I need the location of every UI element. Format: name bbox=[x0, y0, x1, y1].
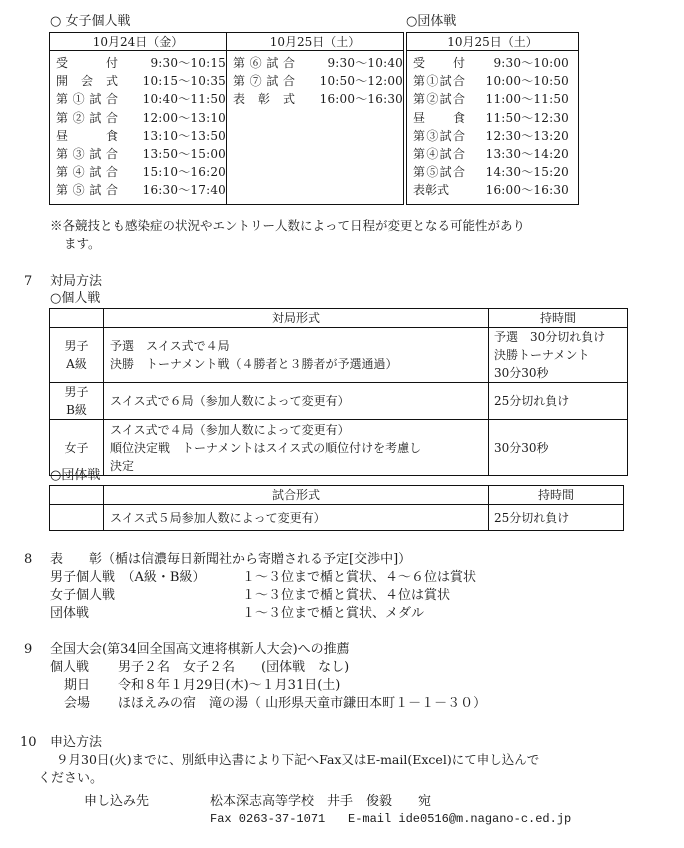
individual-format-heading: ○個人戦 bbox=[50, 292, 100, 305]
award-value: １～３位まで楯と賞状、４位は賞状 bbox=[242, 589, 450, 602]
schedule-row: 昼食11:50～12:30 bbox=[407, 109, 578, 127]
schedule-row: 第③試合12:30～13:20 bbox=[407, 127, 578, 145]
time-control-cell: 予選 30分切れ負け 決勝トーナメント 30分30秒 bbox=[489, 328, 628, 383]
section7-number: 7 bbox=[24, 275, 32, 288]
day1-schedule: 受付9:30～10:15 開会式10:15～10:35 第①試合10:40～11… bbox=[50, 51, 227, 205]
application-instructions: ９月30日(火)までに、別紙申込書により下記へFax又はE-mail(Excel… bbox=[56, 754, 539, 767]
schedule-row: 第②試合11:00～11:50 bbox=[407, 90, 578, 108]
recommend-value: 男子２名 女子２名 (団体戦 なし) bbox=[118, 661, 349, 674]
header-time-control: 持時間 bbox=[489, 309, 628, 328]
section9-title: 全国大会(第34回全国高文連将棋新人大会)への推薦 bbox=[50, 643, 350, 656]
email-address[interactable]: E-mail ide0516@m.nagano-c.ed.jp bbox=[348, 813, 571, 825]
schedule-row: 第③試合13:50～15:00 bbox=[50, 145, 226, 163]
format-cell: 予選 スイス式で４局 決勝 トーナメント戦（４勝者と３勝者が予選通過） bbox=[104, 328, 489, 383]
table-row: 女子 スイス式で４局（参加人数によって変更有） 順位決定戦 トーナメントはスイス… bbox=[50, 420, 628, 476]
table-row: 男子 A級 予選 スイス式で４局 決勝 トーナメント戦（４勝者と３勝者が予選通過… bbox=[50, 328, 628, 383]
award-value: １～３位まで楯と賞状、４～６位は賞状 bbox=[242, 571, 476, 584]
time-control-cell: 25分切れ負け bbox=[489, 383, 628, 420]
section10-number: 10 bbox=[20, 736, 37, 749]
team-format-heading: ○団体戦 bbox=[50, 469, 100, 482]
day2-schedule: 第⑥試合9:30～10:40 第⑦試合10:50～12:00 表彰式16:00～… bbox=[227, 51, 404, 205]
category-cell: 男子 A級 bbox=[50, 328, 104, 383]
womens-individual-schedule-table: 10月24日（金） 10月25日（土） 受付9:30～10:15 開会式10:1… bbox=[49, 32, 404, 205]
section8-title: 表 彰（楯は信濃毎日新聞社から寄贈される予定[交渉中]） bbox=[50, 553, 411, 566]
table-row: 男子 B級 スイス式で６局（参加人数によって変更有） 25分切れ負け bbox=[50, 383, 628, 420]
schedule-change-note-cont: ます。 bbox=[64, 238, 101, 251]
schedule-row: 第⑥試合9:30～10:40 bbox=[227, 54, 403, 72]
format-cell: スイス式５局参加人数によって変更有） bbox=[104, 505, 489, 531]
womens-individual-heading: ○ 女子個人戦 bbox=[50, 15, 130, 28]
team-schedule-heading: ○団体戦 bbox=[406, 15, 456, 28]
award-label: 団体戦 bbox=[50, 607, 89, 620]
venue-label: 会場 bbox=[64, 697, 90, 710]
header-time-control: 持時間 bbox=[489, 486, 624, 505]
schedule-change-note: ※各競技とも感染症の状況やエントリー人数によって日程が変更となる可能性があり bbox=[50, 220, 525, 233]
fax-number: Fax 0263-37-1071 bbox=[210, 813, 325, 825]
schedule-row: 昼食13:10～13:50 bbox=[50, 127, 226, 145]
destination-value: 松本深志高等学校 井手 俊毅 宛 bbox=[210, 795, 431, 808]
header-match-format: 試合形式 bbox=[104, 486, 489, 505]
schedule-row: 第②試合12:00～13:10 bbox=[50, 109, 226, 127]
schedule-row: 第⑤試合16:30～17:40 bbox=[50, 181, 226, 199]
schedule-row: 第⑤試合14:30～15:20 bbox=[407, 163, 578, 181]
award-label: 男子個人戦 （A級・B級） bbox=[50, 571, 205, 584]
award-value: １～３位まで楯と賞状、メダル bbox=[242, 607, 424, 620]
header-format: 対局形式 bbox=[104, 309, 489, 328]
team-schedule: 受付9:30～10:00 第①試合10:00～10:50 第②試合11:00～1… bbox=[407, 51, 579, 205]
team-format-table: 試合形式 持時間 スイス式５局参加人数によって変更有） 25分切れ負け bbox=[49, 485, 624, 531]
format-cell: スイス式で６局（参加人数によって変更有） bbox=[104, 383, 489, 420]
period-value: 令和８年１月29日(木)～１月31日(土) bbox=[118, 679, 340, 692]
category-cell bbox=[50, 505, 104, 531]
team-date-header: 10月25日（土） bbox=[407, 33, 579, 51]
team-schedule-table: 10月25日（土） 受付9:30～10:00 第①試合10:00～10:50 第… bbox=[406, 32, 579, 205]
format-cell: スイス式で４局（参加人数によって変更有） 順位決定戦 トーナメントはスイス式の順… bbox=[104, 420, 489, 476]
section8-number: 8 bbox=[24, 553, 32, 566]
schedule-row: 第④試合15:10～16:20 bbox=[50, 163, 226, 181]
table-row: スイス式５局参加人数によって変更有） 25分切れ負け bbox=[50, 505, 624, 531]
application-instructions-cont: ください。 bbox=[38, 772, 103, 785]
recommend-label: 個人戦 bbox=[50, 661, 89, 674]
schedule-row: 表彰式16:00～16:30 bbox=[407, 181, 578, 199]
award-label: 女子個人戦 bbox=[50, 589, 115, 602]
schedule-row: 受付9:30～10:15 bbox=[50, 54, 226, 72]
category-cell: 男子 B級 bbox=[50, 383, 104, 420]
day2-date-header: 10月25日（土） bbox=[227, 33, 404, 51]
time-control-cell: 25分切れ負け bbox=[489, 505, 624, 531]
schedule-row: 表彰式16:00～16:30 bbox=[227, 90, 403, 108]
schedule-row: 第①試合10:40～11:50 bbox=[50, 90, 226, 108]
day1-date-header: 10月24日（金） bbox=[50, 33, 227, 51]
header-blank bbox=[50, 486, 104, 505]
section9-number: 9 bbox=[24, 643, 32, 656]
schedule-row: 第①試合10:00～10:50 bbox=[407, 72, 578, 90]
destination-label: 申し込み先 bbox=[84, 795, 149, 808]
schedule-row: 受付9:30～10:00 bbox=[407, 54, 578, 72]
section7-title: 対局方法 bbox=[50, 275, 102, 288]
schedule-row: 開会式10:15～10:35 bbox=[50, 72, 226, 90]
section10-title: 申込方法 bbox=[50, 736, 102, 749]
period-label: 期日 bbox=[64, 679, 90, 692]
schedule-row: 第④試合13:30～14:20 bbox=[407, 145, 578, 163]
venue-value: ほほえみの宿 滝の湯（ 山形県天童市鎌田本町１－１－３０） bbox=[118, 697, 486, 710]
header-blank bbox=[50, 309, 104, 328]
schedule-row: 第⑦試合10:50～12:00 bbox=[227, 72, 403, 90]
individual-format-table: 対局形式 持時間 男子 A級 予選 スイス式で４局 決勝 トーナメント戦（４勝者… bbox=[49, 308, 628, 476]
time-control-cell: 30分30秒 bbox=[489, 420, 628, 476]
